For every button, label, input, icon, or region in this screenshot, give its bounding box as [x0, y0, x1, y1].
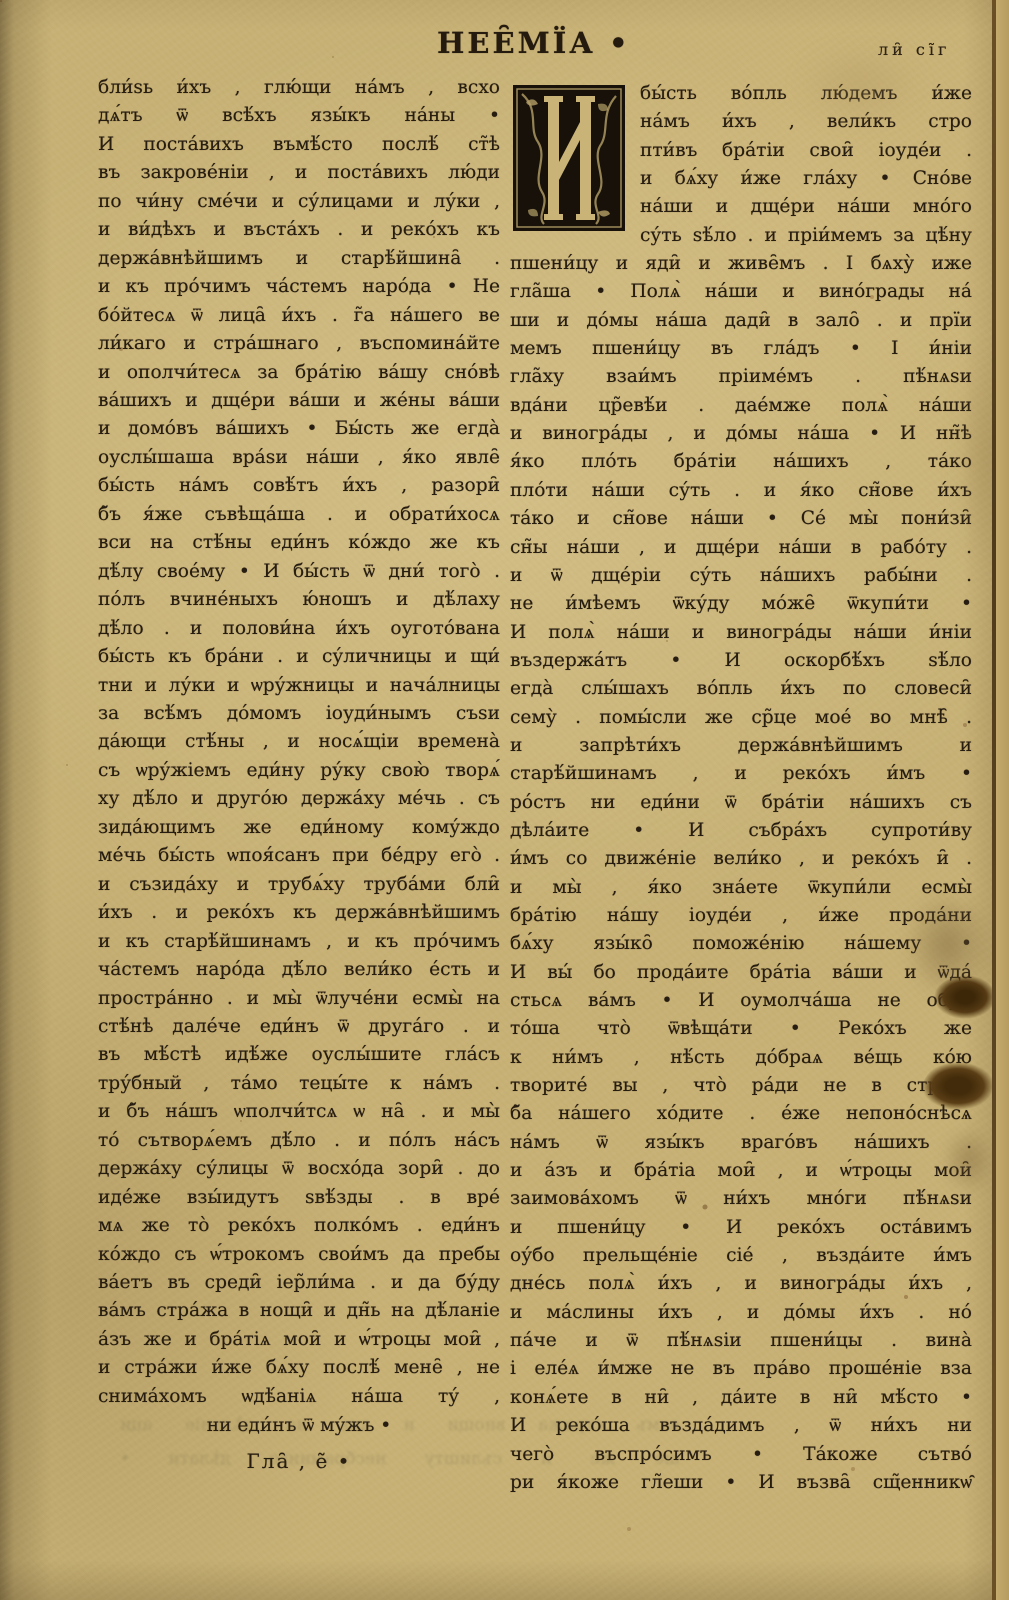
text-line: и а́зъ и бра́тіа мои̑ , и ѡ́троцы мои̑ [510, 1157, 972, 1185]
text-line: и́мъ со движе́ніе вели́ко , и реко́хъ и̑… [510, 845, 972, 873]
text-line: по́лъ вчине́ныхъ ю́ношъ и дѣ́лаху [98, 586, 500, 614]
text-line: пшени́цу и яди̑ и живе̑мъ . І бѧху̀ иже [510, 250, 972, 278]
text-line: ва́шихъ и дще́ри ва́ши и же́ны ва́ши [98, 387, 500, 415]
page-edge-margin [996, 0, 1009, 1600]
text-line: бли́ѕь и́хъ , глю́щи на́мъ , всхо [98, 74, 500, 102]
text-line: творите́ вы , что̀ ра́ди не в страсѣ́ [510, 1072, 972, 1100]
text-line: по чи́ну сме́чи и су́лицами и лу́ки , [98, 188, 500, 216]
right-text-column: бы́сть во́пль лю́демъ и́жена́мъ и́хъ , в… [510, 80, 972, 1497]
text-line: И полѧ̀ на́ши и виногра́ды на́ши и́ніи [510, 619, 972, 647]
text-line: ри я́коже гл̃еши • И възва̑ сщ̃енникѡ̑ [510, 1469, 972, 1497]
text-line: снима́хомъ ѡдѣ́аніѧ на́ша ту́ , [98, 1383, 500, 1411]
text-line: на́мъ ѿ язы́къ враго́въ на́шихъ . [510, 1129, 972, 1157]
text-line: и ѿ дще́ріи су́ть на́шихъ рабы́ни . [510, 562, 972, 590]
text-line: ли́каго и стра́шнаго , въспомина́йте [98, 330, 500, 358]
text-line: въ мѣ́стѣ идѣ́же оуслы́шите гла́съ [98, 1041, 500, 1069]
text-line: И поста́вихъ въмѣ́сто послѣ́ ст̃ѣ [98, 131, 500, 159]
text-line: сн̃ы на́ши , и дще́ри на́ши в рабо́ту . [510, 534, 972, 562]
text-line: гла̃ху взаи́мъ пріиме́мъ . пѣ́нѧѕи [510, 363, 972, 391]
text-line: держа́ху су́лицы ѿ восхо́да зори̑ . до [98, 1155, 500, 1183]
chapter-heading: Гла̑ , е̃ • [98, 1447, 500, 1475]
paragraph-end-line: ни еди́нъ ѿ му́жъ • [98, 1412, 500, 1440]
text-line: бѧ́ху язы́ко̑ поможе́нію на́шему • [510, 930, 972, 958]
text-line: па́че и ѿ пѣ́нѧѕіи пшени́цы . вина̀ [510, 1327, 972, 1355]
text-line: та́ко и сн̃ове на́ши • Се́ мы̀ пони́зи̑ [510, 505, 972, 533]
text-line: б̃ъ я́же съвѣща́ша . и обрати́хосѧ [98, 501, 500, 529]
right-column-lines: бы́сть во́пль лю́демъ и́жена́мъ и́хъ , в… [510, 80, 972, 1497]
text-line: дѣла́ите • И събра́хъ супроти́ву [510, 817, 972, 845]
text-line: бра́тію на́шу іоуде́и , и́же прода́ни [510, 902, 972, 930]
text-line: дѣ́лу свое́му • И бы́сть ѿ дни́ того̀ . [98, 558, 500, 586]
text-line: б̃а на́шего хо́дите . е́же непоно́снѣсѧ [510, 1100, 972, 1128]
text-line: стѣ́нѣ дале́че еди́нъ ѿ друга́го . и [98, 1013, 500, 1041]
text-line: бы́сть на́мъ совѣ́тъ и́хъ , разори̑ [98, 472, 500, 500]
text-line: мѧ же то̀ реко́хъ полко́мъ . еди́нъ [98, 1212, 500, 1240]
text-line: старѣ́йшинамъ , и реко́хъ и́мъ • [510, 760, 972, 788]
text-line: гла̃ша • Полѧ̀ на́ши и вино́грады на́ [510, 278, 972, 306]
text-line: зида́ющимъ же еди́ному кому́ждо [98, 814, 500, 842]
text-line: и ма́слины и́хъ , и до́мы и́хъ . но́ [510, 1299, 972, 1327]
text-line: и запрѣти́хъ держа́внѣйшимъ и [510, 732, 972, 760]
text-line: ва́етъ въ среди̑ іер̃ли́ма . и да бу́ду [98, 1269, 500, 1297]
text-line: мемъ пшени́цу въ гла́дъ • І и́ніи [510, 335, 972, 363]
book-page: НЕЕ̑МЇА • ли̑ сі̃г бли́ѕь и́хъ , глю́щи … [0, 0, 1009, 1600]
text-line: вда́ни цр̃евѣ́и . дае́мже полѧ̀ на́ши [510, 392, 972, 420]
text-line: к ни́мъ , нѣ́сть до́браѧ ве́щь ко́ю [510, 1044, 972, 1072]
text-line: сему̀ . помы́сли же ср̃це мое́ во мнѣ̑ . [510, 704, 972, 732]
left-text-column: бли́ѕь и́хъ , глю́щи на́мъ , всходѧ́тъ ѿ… [98, 74, 500, 1475]
text-line: И реко́ша възда́димъ , ѿ ни́хъ ни [510, 1412, 972, 1440]
text-line: и́хъ . и реко́хъ къ держа́внѣйшимъ [98, 899, 500, 927]
text-line: дѣ́ло . и полови́на и́хъ оугото́вана [98, 615, 500, 643]
foxing-specks [0, 0, 2, 2]
text-line: и мы̀ , я́ко зна́ете ѿкупи́ли есмы̀ [510, 874, 972, 902]
text-line: ху дѣ́ло и друго́ю держа́ху ме́чь . съ [98, 785, 500, 813]
text-line: иде́же взы́идутъ ѕвѣ́зды . в вре́ [98, 1184, 500, 1212]
text-line: съ ѡру́жіемъ еди́ну ру́ку свою̀ творѧ́ [98, 757, 500, 785]
text-line: тру́бный , та́мо тецы́те к на́мъ . [98, 1070, 500, 1098]
text-line: пло́ти на́ши су́ть . и я́ко сн̃ове и́хъ [510, 477, 972, 505]
text-line: и пшени́цу • И реко́хъ оста́вимъ [510, 1214, 972, 1242]
text-line: тни и лу́ки и ѡру́жницы и нача́лницы [98, 672, 500, 700]
text-line: ро́стъ ни еди́ни ѿ бра́тіи на́шихъ съ [510, 789, 972, 817]
text-line: заимова́хомъ ѿ ни́хъ мно́ги пѣ́нѧѕи [510, 1185, 972, 1213]
text-line: дне́сь полѧ̀ и́хъ , и виногра́ды и́хъ , [510, 1270, 972, 1298]
folio-number: ли̑ сі̃г [878, 40, 950, 59]
text-line: и б̃ъ на́шъ ѡполчи́тсѧ ѡ на̑ . и мы̀ [98, 1098, 500, 1126]
text-line: бы́сть къ бра́ни . и су́личницы и щи́ [98, 643, 500, 671]
text-line: чего̀ въспро́симъ • Та́коже сътво́ [510, 1441, 972, 1469]
text-line: стьсѧ ва́мъ • И оумолча́ша не обрѣ̑ [510, 987, 972, 1015]
text-line: егда̀ слы́шахъ во́пль и́хъ по словеси̑ [510, 675, 972, 703]
text-line: и домо́въ ва́шихъ • Бы́сть же егда̀ [98, 415, 500, 443]
text-line: бо́йтесѧ ѿ лица̑ и́хъ . г̃а на́шего ве [98, 302, 500, 330]
text-line: ко́ждо съ ѡ́трокомъ свои́мъ да пребы [98, 1241, 500, 1269]
left-column-lines: бли́ѕь и́хъ , глю́щи на́мъ , всходѧ́тъ ѿ… [98, 74, 500, 1411]
text-line: я́ко пло́ть бра́тіи на́шихъ , та́ко [510, 448, 972, 476]
text-line: въ закрове́ніи , и поста́вихъ лю́ди [98, 159, 500, 187]
text-line: и ополчи́тесѧ за бра́тію ва́шу сно́вѣ [98, 359, 500, 387]
text-line: и съзида́ху и трубѧ́ху труба́ми бли̑ [98, 871, 500, 899]
running-title: НЕЕ̑МЇА • [437, 26, 631, 60]
text-line: и ви́дѣхъ и въста́хъ . и реко́хъ къ [98, 216, 500, 244]
text-line: то́ша что̀ ѿвѣща́ти • Реко́хъ же [510, 1015, 972, 1043]
text-line: вси на стѣ́ны еди́нъ ко́ждо же къ [98, 529, 500, 557]
text-line: простра́нно . и мы̀ ѿлуче́ни есмы̀ на [98, 985, 500, 1013]
text-line: а́зъ же и бра́тіѧ мои̑ и ѡ́троцы мои̑ , [98, 1326, 500, 1354]
text-line: ча́стемъ наро́да дѣ́ло вели́ко е́сть и [98, 956, 500, 984]
text-line: и къ про́чимъ ча́стемъ наро́да • Не [98, 273, 500, 301]
text-line: то́ сътворѧ́емъ дѣ́ло . и по́лъ на́съ [98, 1127, 500, 1155]
text-line: і еле́ѧ и́мже не въ пра́во проше́ніе вза [510, 1355, 972, 1383]
woodcut-initial-icon [512, 84, 626, 232]
text-line: за всѣ́мъ до́момъ іоуди́нымъ съѕи [98, 700, 500, 728]
text-line: и виногра́ды , и до́мы на́ша • И нн̃ѣ [510, 420, 972, 448]
text-line: ва́мъ стра́жа в нощи̑ и дн̃ь на дѣ́ланіе [98, 1297, 500, 1325]
text-line: И вы́ бо прода́ите бра́тіа ва́ши и ѿда́ [510, 959, 972, 987]
text-line: ме́чь бы́сть ѡпоя́санъ при бе́дру его̀ . [98, 842, 500, 870]
text-line: оу́бо прельще́ніе сіе́ , възда́ите и́мъ [510, 1242, 972, 1270]
text-line: не и́мѣемъ ѿку́ду мо́же̑ ѿкупи́ти • [510, 590, 972, 618]
text-line: дѧ́тъ ѿ всѣ́хъ язы́къ на́ны • [98, 102, 500, 130]
text-line: и стра́жи и́же бѧ́ху послѣ́ мене̑ , не [98, 1354, 500, 1382]
text-line: оуслы́шаша вра́ѕи на́ши , я́ко явле̑ [98, 444, 500, 472]
text-line: ши и до́мы на́ша дади̑ в зало̑ . и прїи [510, 307, 972, 335]
text-line: въздержа́тъ • И оскорбѣ́хъ ѕѣ́ло [510, 647, 972, 675]
text-line: и къ старѣ́йшинамъ , и къ про́чимъ [98, 928, 500, 956]
text-line: конѧ́ете в ни̑ , да́ите в ни̑ мѣ́сто • [510, 1384, 972, 1412]
text-line: держа́внѣйшимъ и старѣ́йшина̑ . [98, 245, 500, 273]
text-line: да́ющи стѣ́ны , и носѧ́щіи времена̀ [98, 728, 500, 756]
